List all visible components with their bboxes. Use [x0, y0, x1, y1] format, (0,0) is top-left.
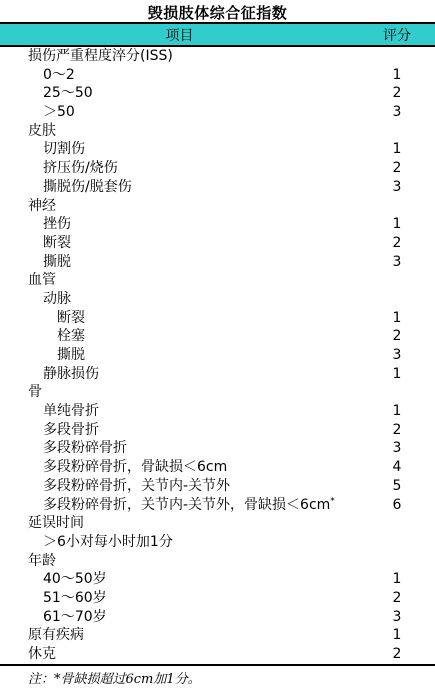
- table-row: 栓塞 2: [0, 327, 435, 346]
- document-page: 毁损肢体综合征指数 项目 评分 损伤严重程度淬分(ISS) 0～2 1 25～5…: [0, 0, 435, 690]
- row-label: 骨: [0, 383, 359, 402]
- row-label: 25～50: [0, 84, 359, 103]
- row-score: 2: [359, 589, 435, 608]
- row-score: 2: [359, 645, 435, 664]
- table-row: 休克 2: [0, 645, 435, 664]
- row-label: 栓塞: [0, 327, 359, 346]
- table-row: 断裂 2: [0, 234, 435, 253]
- row-label: 单纯骨折: [0, 402, 359, 421]
- row-label: 神经: [0, 197, 359, 216]
- table-header-row: 项目 评分: [0, 22, 435, 47]
- row-label: 切割伤: [0, 140, 359, 159]
- table-row: 61～70岁 3: [0, 608, 435, 627]
- footnote: 注：*骨缺损超过6cm加1分。: [0, 666, 435, 687]
- row-label: 断裂: [0, 234, 359, 253]
- table-row: 多段粉碎骨折 3: [0, 439, 435, 458]
- table-row: 多段粉碎骨折，骨缺损＜6cm 4: [0, 458, 435, 477]
- table-row: 血管: [0, 271, 435, 290]
- row-score: 3: [359, 608, 435, 627]
- row-score: 2: [359, 234, 435, 253]
- table-row: 挫伤 1: [0, 215, 435, 234]
- table-row: 40～50岁 1: [0, 570, 435, 589]
- table-row: 多段骨折 2: [0, 421, 435, 440]
- row-label: 多段粉碎骨折，关节内-关节外，骨缺损＜6cm*: [0, 496, 359, 515]
- row-score: 3: [359, 103, 435, 122]
- row-label: 休克: [0, 645, 359, 664]
- row-score: 6: [359, 496, 435, 515]
- row-label: 40～50岁: [0, 570, 359, 589]
- row-score: 1: [359, 570, 435, 589]
- row-label: 延误时间: [0, 514, 359, 533]
- row-label: 撕脱: [0, 346, 359, 365]
- row-score: 2: [359, 159, 435, 178]
- row-label: 多段骨折: [0, 421, 359, 440]
- row-score: 3: [359, 439, 435, 458]
- row-score: 4: [359, 458, 435, 477]
- row-label: 51～60岁: [0, 589, 359, 608]
- table-row: 静脉损伤 1: [0, 365, 435, 384]
- row-score: 2: [359, 421, 435, 440]
- table-row: 断裂 1: [0, 309, 435, 328]
- header-cell-item: 项目: [0, 25, 359, 45]
- table-row: 撕脱 3: [0, 346, 435, 365]
- row-score: 1: [359, 365, 435, 384]
- row-score: 2: [359, 84, 435, 103]
- row-label: 静脉损伤: [0, 365, 359, 384]
- row-score: 3: [359, 346, 435, 365]
- header-cell-score: 评分: [359, 25, 435, 45]
- table-row: ＞50 3: [0, 103, 435, 122]
- table-row: 撕脱伤/脱套伤 3: [0, 178, 435, 197]
- table-title: 毁损肢体综合征指数: [0, 0, 435, 22]
- table-row: 动脉: [0, 290, 435, 309]
- row-label: 断裂: [0, 309, 359, 328]
- row-score: 1: [359, 309, 435, 328]
- table-row: 神经: [0, 197, 435, 216]
- row-label: 撕脱伤/脱套伤: [0, 178, 359, 197]
- table-row: 年龄: [0, 552, 435, 571]
- row-label: 年龄: [0, 552, 359, 571]
- row-score: 3: [359, 253, 435, 272]
- table-row: 多段粉碎骨折，关节内-关节外 5: [0, 477, 435, 496]
- table-row: 撕脱 3: [0, 253, 435, 272]
- row-label: 挤压伤/烧伤: [0, 159, 359, 178]
- table-row: 切割伤 1: [0, 140, 435, 159]
- row-score: 1: [359, 402, 435, 421]
- table-row: 51～60岁 2: [0, 589, 435, 608]
- row-label: 撕脱: [0, 253, 359, 272]
- row-label: 多段粉碎骨折，关节内-关节外: [0, 477, 359, 496]
- row-score: 1: [359, 215, 435, 234]
- table-row: 0～2 1: [0, 66, 435, 85]
- row-label: 血管: [0, 271, 359, 290]
- row-score: 1: [359, 66, 435, 85]
- row-label: ＞50: [0, 103, 359, 122]
- row-label: 挫伤: [0, 215, 359, 234]
- row-label: 皮肤: [0, 122, 359, 141]
- row-score: 2: [359, 327, 435, 346]
- row-label: 原有疾病: [0, 626, 359, 645]
- table-row: 25～50 2: [0, 84, 435, 103]
- row-score: 3: [359, 178, 435, 197]
- row-score: 5: [359, 477, 435, 496]
- row-score: 1: [359, 140, 435, 159]
- row-label: 损伤严重程度淬分(ISS): [0, 47, 359, 66]
- table-row: 损伤严重程度淬分(ISS): [0, 47, 435, 66]
- table-row: 原有疾病 1: [0, 626, 435, 645]
- row-score: 1: [359, 626, 435, 645]
- table-row: ＞6小对每小时加1分: [0, 533, 435, 552]
- table-row: 皮肤: [0, 122, 435, 141]
- row-label: 多段粉碎骨折，骨缺损＜6cm: [0, 458, 359, 477]
- row-label: ＞6小对每小时加1分: [0, 533, 359, 552]
- table-row: 单纯骨折 1: [0, 402, 435, 421]
- row-label: 61～70岁: [0, 608, 359, 627]
- table-row: 骨: [0, 383, 435, 402]
- row-label: 多段粉碎骨折: [0, 439, 359, 458]
- table-body: 损伤严重程度淬分(ISS) 0～2 1 25～50 2 ＞50 3 皮肤 切割伤…: [0, 47, 435, 666]
- table-row: 多段粉碎骨折，关节内-关节外，骨缺损＜6cm* 6: [0, 496, 435, 515]
- table-row: 挤压伤/烧伤 2: [0, 159, 435, 178]
- table-row: 延误时间: [0, 514, 435, 533]
- row-label: 0～2: [0, 66, 359, 85]
- row-label: 动脉: [0, 290, 359, 309]
